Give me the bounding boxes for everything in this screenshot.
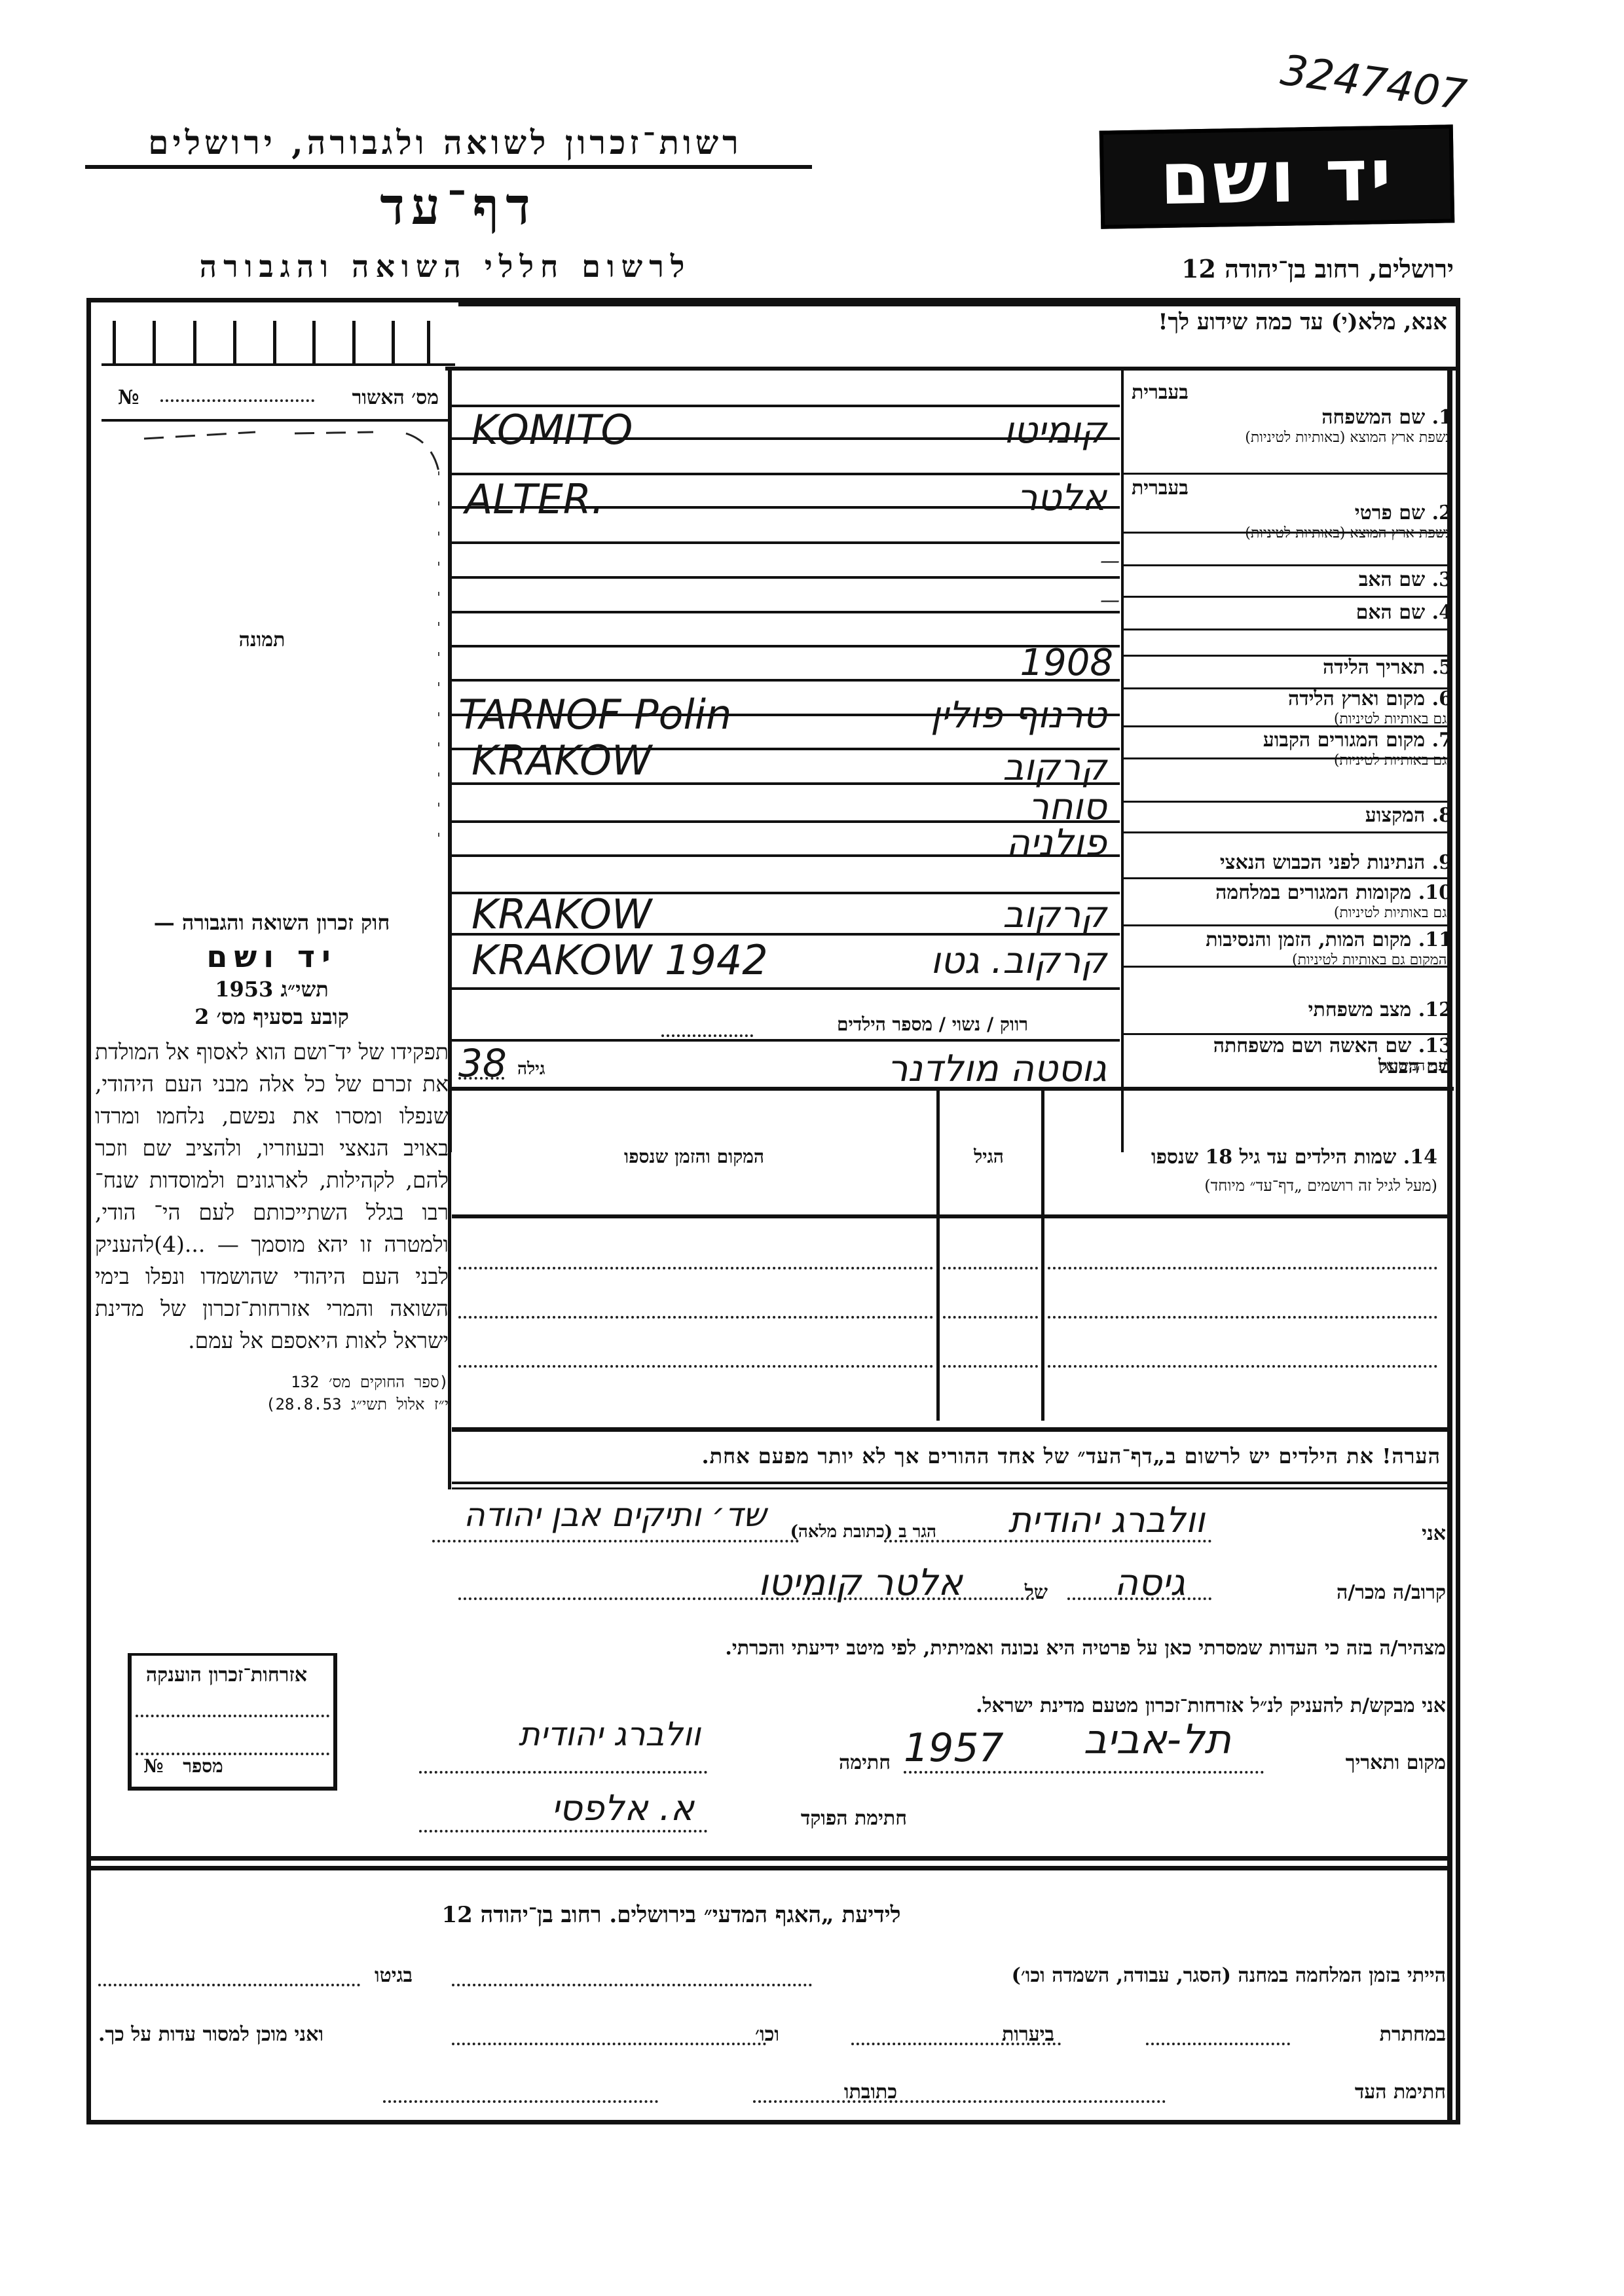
child-age-field[interactable] — [943, 1316, 1038, 1319]
ghetto-label: בגיטו — [375, 1964, 413, 1987]
child-place-field[interactable] — [458, 1365, 933, 1368]
law-body: תפקידו של יד־ושם הוא לאסוף אל המולדת את … — [95, 1036, 449, 1357]
field-2-label: בעברית 2. שם פרטי בשפת ארץ המוצא (באותיו… — [1125, 477, 1452, 541]
field-1-label: בעברית 1. שם המשפחה בשפת ארץ המוצא (באות… — [1125, 381, 1452, 446]
first-name-latin[interactable]: ALTER. — [465, 475, 604, 523]
witness-address-field[interactable] — [383, 2100, 658, 2103]
citizenship-title: אזרחות־זכרון הוענקה — [146, 1664, 307, 1686]
field-7-label: 7. מקום המגורים הקבוע(גם באותיות לטיניות… — [1125, 729, 1452, 769]
divider — [458, 302, 1460, 306]
field-11-label: 11. מקום המות, הזמן והנסיבות(המקום גם בא… — [1125, 928, 1452, 968]
family-name-hebrew[interactable]: קומיטו — [1004, 409, 1107, 452]
tick — [273, 321, 276, 364]
field-6-label: 6. מקום וארץ הלידה(גם באותיות לטיניות) — [1125, 687, 1452, 727]
address-field[interactable] — [432, 1540, 799, 1542]
children-header-names: 14. שמות הילדים עד גיל 18 שנספו (מעל לגי… — [1048, 1146, 1437, 1195]
divider — [101, 419, 449, 422]
org-address: ירושלים, רחוב בן־יהודה 12 — [1113, 254, 1454, 284]
place-date-field[interactable] — [904, 1771, 1264, 1774]
birth-place-latin[interactable]: TARNOF Polin — [458, 691, 731, 738]
number-symbol: № — [118, 386, 139, 409]
divider — [101, 363, 455, 366]
of-label: של — [1025, 1581, 1048, 1604]
child-name-field[interactable] — [1048, 1267, 1437, 1269]
tick — [427, 321, 430, 364]
citizenship-number-row: № מספר — [143, 1755, 223, 1777]
child-place-field[interactable] — [458, 1267, 933, 1269]
number-symbol: № — [143, 1755, 163, 1777]
first-name-hebrew[interactable]: אלטר — [1017, 477, 1107, 519]
law-clause: קובע בסעיף מס׳ 2 — [95, 1004, 449, 1029]
divider — [452, 1427, 1447, 1432]
relation-label: קרוב/ה מכר/ה — [1337, 1581, 1446, 1604]
birth-place-hebrew[interactable]: טרנוף פולין — [931, 694, 1107, 737]
tick — [352, 321, 356, 364]
officer-signature[interactable]: א. אלפסי — [551, 1787, 694, 1829]
tick — [392, 321, 395, 364]
testimony-willing-text: ואני מוכן למסור עדות על כך. — [98, 2023, 323, 2046]
child-place-field[interactable] — [458, 1316, 933, 1319]
tick — [193, 321, 196, 364]
law-reference-line2: י״ז אלול תשי״ג 28.8.53) — [95, 1393, 449, 1415]
approval-number-label: מס׳ האשור — [352, 386, 439, 409]
yad-vashem-law-excerpt: חוק זכרון השואה והגבורה — יד ושם תשי״ג 1… — [95, 910, 449, 1415]
logo-text: יד ושם — [1159, 133, 1394, 221]
marital-status-options[interactable]: רווק / נשוי / מספר הילדים — [837, 1013, 1028, 1036]
form-instructions: אנא, מלא(י) עד כמה שידוע לך! — [458, 309, 1447, 335]
witness-signature-field[interactable] — [753, 2100, 1166, 2103]
child-age-field[interactable] — [943, 1267, 1038, 1269]
witness-signature-label: חתימת העד — [1355, 2081, 1446, 2104]
husband-name-label: שם הבעל — [1125, 1055, 1452, 1078]
wartime-residence-latin[interactable]: KRAKOW — [471, 890, 652, 938]
child-name-field[interactable] — [1048, 1316, 1437, 1319]
divider — [445, 367, 1460, 371]
citizenship-granted-box: אזרחות־זכרון הוענקה № מספר — [128, 1653, 337, 1791]
death-place-latin[interactable]: KRAKOW 1942 — [471, 936, 768, 984]
birth-date[interactable]: 1908 — [1020, 642, 1113, 684]
place-value[interactable]: תל-אביב — [1084, 1715, 1231, 1763]
form-subtitle: לרשום חללי השואה והגבורה — [151, 249, 740, 284]
witness-address-label: כתובתו — [844, 2081, 897, 2104]
death-place-hebrew[interactable]: קרקוב. גטו — [931, 939, 1107, 982]
underground-label: במחתרת — [1380, 2023, 1446, 2046]
scientific-dept-title: לידיעת „האגף המדעי״ בירושלים. רחוב בן־יה… — [131, 1902, 1211, 1928]
number-label: מספר — [183, 1755, 223, 1777]
law-reference-line1: (ספר החוקים מס׳ 132 — [95, 1371, 449, 1393]
date-value[interactable]: 1957 — [904, 1725, 1004, 1771]
column-divider — [448, 1087, 451, 1489]
form-title: דף־עד — [262, 177, 655, 236]
father-name[interactable]: — — [1100, 550, 1120, 573]
law-title: חוק זכרון השואה והגבורה — — [95, 910, 449, 935]
approval-number-field[interactable] — [160, 399, 314, 402]
field-8-label: 8. המקצוע — [1125, 804, 1452, 827]
children-count-field[interactable] — [661, 1034, 753, 1037]
title-underline — [85, 165, 812, 169]
declarant-label: אני — [1422, 1522, 1446, 1545]
right-border — [1447, 1090, 1452, 2124]
nationality[interactable]: פולניה — [1006, 822, 1107, 864]
field-10-label: 10. מקומות המגורים במלחמה(גם באותיות לטי… — [1125, 881, 1452, 921]
wife-name[interactable]: גוסטה מולדנר — [887, 1048, 1107, 1090]
children-col-divider — [1041, 1090, 1044, 1421]
field-12-label: 12. מצב משפחתי — [1125, 998, 1452, 1021]
relation-value[interactable]: גיסה — [1114, 1561, 1185, 1604]
affirmation-text: מצהיר/ה בזה כי העדות שמסרתי כאן על פרטיה… — [458, 1637, 1446, 1660]
field-9-label: 9. הנתינות לפני הכבוש הנאצי — [1125, 851, 1452, 874]
ghetto-field[interactable] — [98, 1984, 360, 1986]
divider — [452, 1487, 1447, 1489]
field-3-label: 3. שם האב — [1125, 568, 1452, 591]
declarant-signature[interactable]: וולברג יהודית — [519, 1715, 701, 1753]
children-header-divider — [452, 1214, 1447, 1218]
signature-label: חתימה — [839, 1751, 891, 1774]
divider — [90, 1856, 1452, 1861]
children-header-note: (מעל לגיל זה רושמים „דף־עד״ מיוחד) — [1048, 1176, 1437, 1195]
children-header-place: המקום והזמן שנספו — [458, 1146, 930, 1168]
child-name-field[interactable] — [1048, 1365, 1437, 1368]
tick — [153, 321, 156, 364]
divider — [452, 1482, 1447, 1484]
field-5-label: 5. תאריך הלידה — [1125, 656, 1452, 679]
child-age-field[interactable] — [943, 1365, 1038, 1368]
photo-label: תמונה — [196, 629, 327, 651]
wartime-residence-hebrew[interactable]: קרקוב — [1003, 894, 1107, 936]
declarant-name[interactable]: וולברג יהודית — [1008, 1499, 1205, 1540]
witness-camp-text: הייתי בזמן המלחמה במחנה (הסגר, עבודה, הש… — [1012, 1964, 1446, 1987]
divider — [90, 1866, 1452, 1870]
hebrew-indicator: בעברית — [1132, 381, 1189, 404]
camp-field[interactable] — [452, 1984, 812, 1986]
field-4-label: 4. שם האם — [1125, 601, 1452, 624]
law-name: יד ושם — [95, 939, 449, 974]
children-note: הערה! את הילדים יש לרשום ב„דף־העד״ של אח… — [458, 1444, 1441, 1468]
family-name-latin[interactable]: KOMITO — [471, 406, 633, 454]
victim-name-ref[interactable]: אלטר קומיטו — [758, 1561, 963, 1604]
officer-signature-label: חתימת הפוקד — [801, 1807, 907, 1830]
archive-number-handwritten: 3247407 — [1278, 46, 1469, 120]
husband-age-field[interactable] — [458, 1077, 504, 1080]
place-date-label: מקום ותאריך — [1346, 1751, 1446, 1774]
law-reference: (ספר החוקים מס׳ 132 י״ז אלול תשי״ג 28.8.… — [95, 1371, 449, 1415]
tick — [113, 321, 116, 364]
citizenship-request-text: אני מבקש/ת להעניק לנ״ל אזרחות־זכרון מטעם… — [976, 1694, 1446, 1717]
residence-latin[interactable]: KRAKOW — [471, 737, 652, 784]
mother-name[interactable]: — — [1100, 589, 1120, 612]
residence-hebrew[interactable]: קרקוב — [1003, 746, 1107, 789]
citizenship-field[interactable] — [136, 1715, 329, 1717]
forests-field[interactable] — [851, 2043, 1061, 2045]
tick — [233, 321, 236, 364]
children-header-age: הגיל — [943, 1146, 1035, 1168]
hebrew-indicator: בעברית — [1132, 477, 1189, 500]
declarant-address[interactable]: שד׳ ותיקים אבן יהודה — [464, 1496, 766, 1534]
wife-age-label: גילה — [517, 1059, 545, 1079]
underground-field[interactable] — [1146, 2043, 1290, 2045]
tick — [312, 321, 316, 364]
children-col-divider — [936, 1090, 940, 1421]
other-field[interactable] — [452, 2043, 766, 2045]
organization-title: רשות־זכרון לשואה ולגבורה, ירושלים — [79, 123, 812, 162]
signature-field[interactable] — [419, 1771, 707, 1774]
officer-signature-field[interactable] — [419, 1830, 707, 1832]
yad-vashem-logo: יד ושם — [1099, 124, 1455, 228]
law-year: תשי״ג 1953 — [95, 977, 449, 1002]
residing-label: הגר ב (כתובת מלאה) — [790, 1522, 936, 1542]
